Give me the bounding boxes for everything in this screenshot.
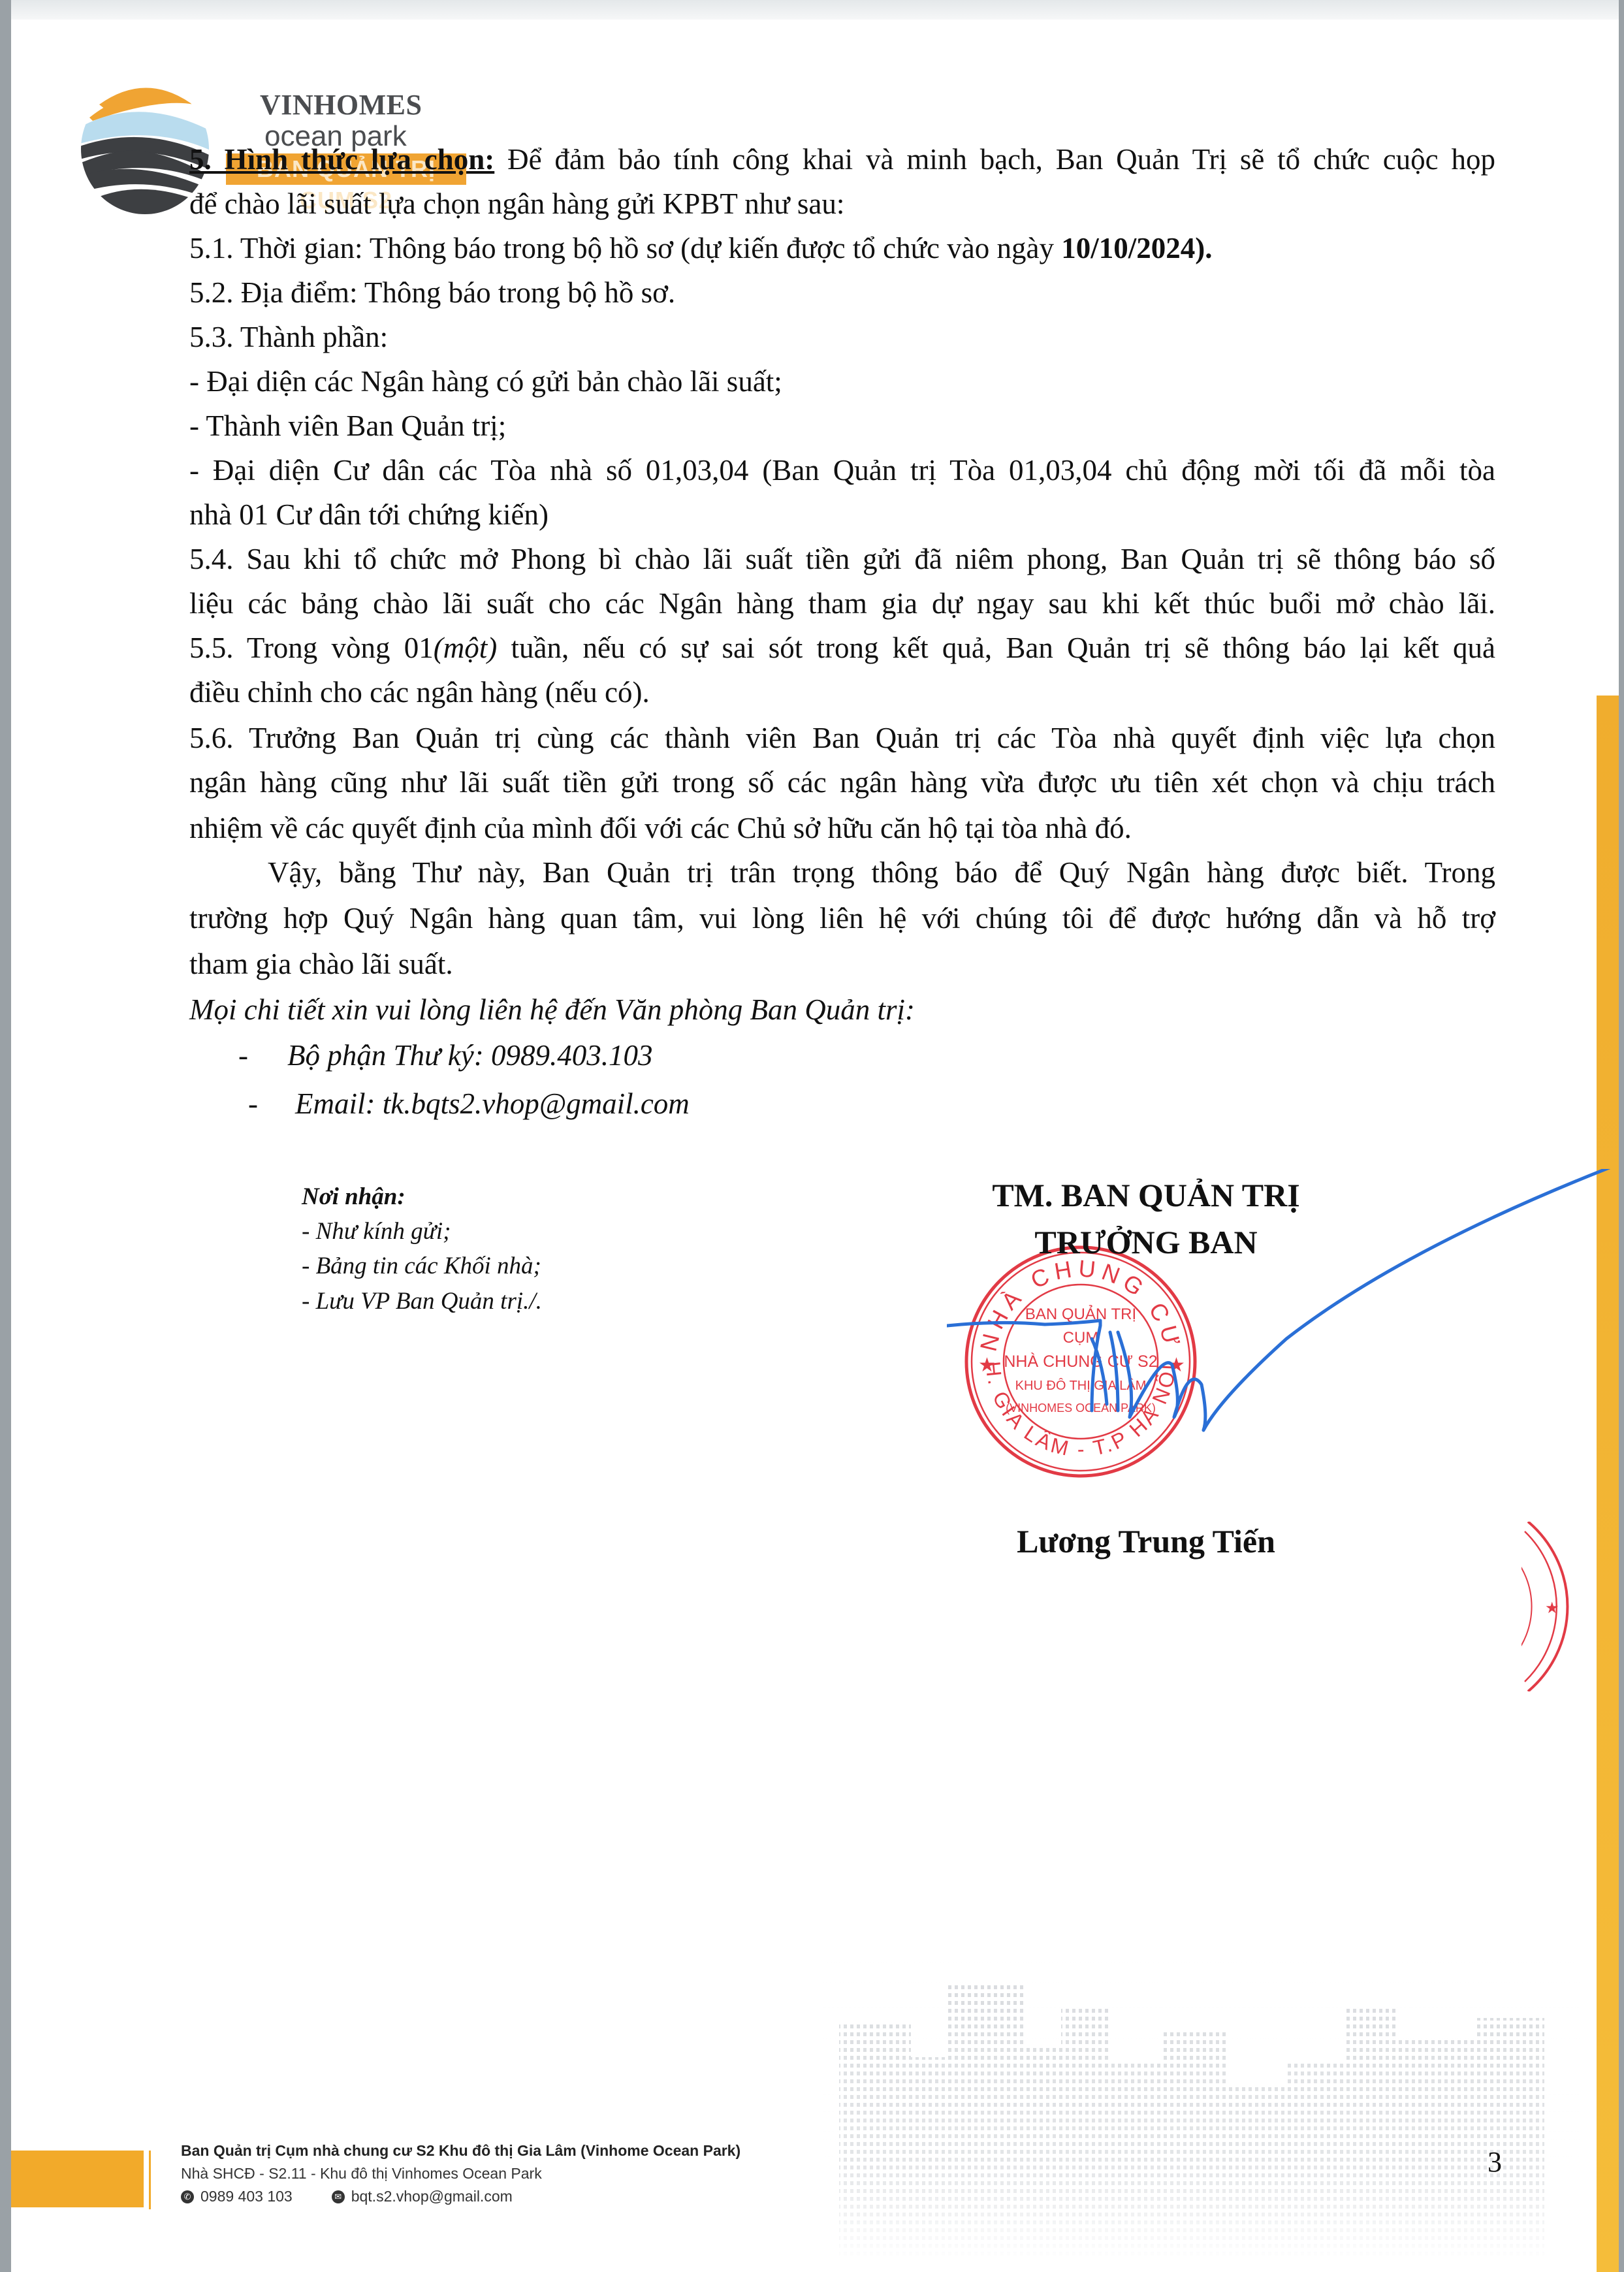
section-5-3-item-3-line-1: - Đại diện Cư dân các Tòa nhà số 01,03,0… [189,451,1495,490]
section-5-3-item-3-line-2: nhà 01 Cư dân tới chứng kiến) [189,495,1495,534]
footer-contacts: ✆ 0989 403 103 ✉ bqt.s2.vhop@gmail.com [181,2188,513,2205]
contact-intro: Mọi chi tiết xin vui lòng liên hệ đến Vă… [189,990,1495,1029]
page-number: 3 [1488,2145,1502,2179]
closing-line-2: trường hợp Quý Ngân hàng quan tâm, vui l… [189,899,1495,938]
section-5-5-line-1: 5.5. Trong vòng 01(một) tuần, nếu có sự … [189,628,1495,667]
city-skyline-watermark-icon [823,1953,1580,2260]
svg-text:★: ★ [1545,1599,1559,1617]
closing-line-1: Vậy, bằng Thư này, Ban Quản trị trân trọ… [189,853,1495,892]
section-5-5-line-2: điều chỉnh cho các ngân hàng (nếu có). [189,673,1495,712]
closing-line-3: tham gia chào lãi suất. [189,944,1495,984]
contact-bullet: - [248,1084,258,1123]
scan-left-edge [0,0,11,2272]
phone-icon: ✆ [181,2190,194,2203]
handwritten-signature-icon [947,1169,1624,1463]
section-5-6-line-2: ngân hàng cũng như lãi suất tiền gửi tro… [189,763,1495,802]
recipient-item: - Bảng tin các Khối nhà; [302,1250,541,1283]
signer-name: Lương Trung Tiến [917,1522,1375,1561]
section-5-6-line-3: nhiệm về các quyết định của mình đối với… [189,808,1495,848]
section-5-3-item: - Thành viên Ban Quản trị; [189,406,1495,445]
section-5-4-line-1: 5.4. Sau khi tổ chức mở Phong bì chào lã… [189,539,1495,579]
section-5-line-2: để chào lãi suất lựa chọn ngân hàng gửi … [189,184,1495,223]
mail-icon: ✉ [332,2190,345,2203]
section-5-2: 5.2. Địa điểm: Thông báo trong bộ hồ sơ. [189,273,1495,312]
scan-top-edge [0,0,1624,20]
edge-seal-icon: ★ [1521,1522,1593,1691]
recipient-item: - Lưu VP Ban Quản trị./. [302,1285,542,1318]
footer-address: Nhà SHCĐ - S2.11 - Khu đô thị Vinhomes O… [181,2165,542,2183]
recipients-title: Nơi nhận: [302,1181,406,1213]
footer-phone: 0989 403 103 [200,2188,293,2205]
section-5-1: 5.1. Thời gian: Thông báo trong bộ hồ sơ… [189,229,1495,268]
section-5-6-line-1: 5.6. Trưởng Ban Quản trị cùng các thành … [189,718,1495,758]
footer-org: Ban Quản trị Cụm nhà chung cư S2 Khu đô … [181,2142,740,2160]
section-5-4-line-2: liệu các bảng chào lãi suất cho các Ngân… [189,584,1495,623]
contact-bullet: - [238,1036,248,1075]
footer-divider [149,2151,151,2209]
footer-accent-bar [11,2151,144,2207]
meeting-date: 10/10/2024). [1061,232,1212,264]
section-5-line-1: 5. Hình thức lựa chọn: Để đảm bảo tính c… [189,140,1495,179]
scan-right-edge [1619,0,1624,2272]
contact-email: Email: tk.bqts2.vhop@gmail.com [295,1084,690,1123]
section-5-heading: 5. Hình thức lựa chọn: [189,143,494,176]
right-accent-bar [1597,696,1619,2272]
recipient-item: - Như kính gửi; [302,1215,451,1248]
section-5-3-item: - Đại diện các Ngân hàng có gửi bản chào… [189,362,1495,401]
logo-brand: VINHOMES [260,88,422,121]
section-5-3: 5.3. Thành phần: [189,317,1495,357]
footer-email[interactable]: bqt.s2.vhop@gmail.com [351,2188,513,2205]
contact-phone: Bộ phận Thư ký: 0989.403.103 [287,1036,653,1075]
